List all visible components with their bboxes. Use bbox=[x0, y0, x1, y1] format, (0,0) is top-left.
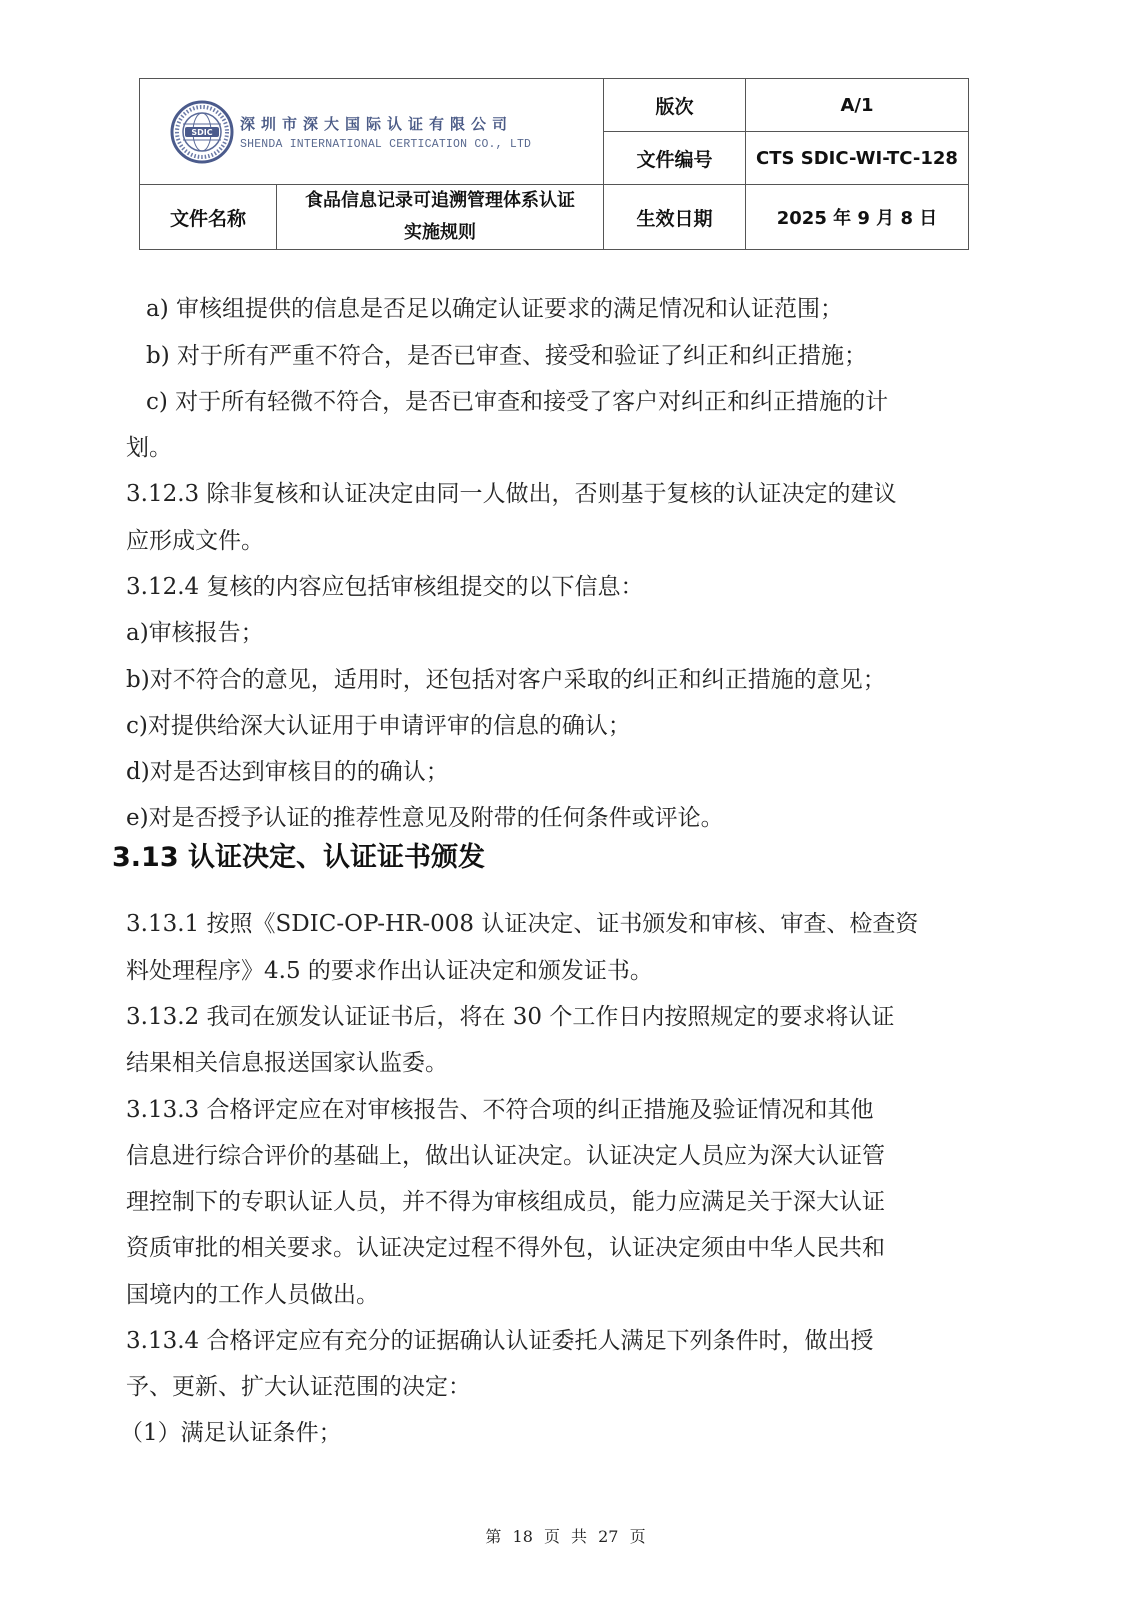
paragraph-line: 3.13.4 合格评定应有充分的证据确认认证委托人满足下列条件时，做出授 bbox=[126, 1322, 873, 1355]
paragraph-line: 3.12.4 复核的内容应包括审核组提交的以下信息： bbox=[126, 568, 643, 601]
version-label: 版次 bbox=[604, 79, 745, 131]
doc-name-label: 文件名称 bbox=[140, 185, 276, 249]
paragraph-line: 理控制下的专职认证人员，并不得为审核组成员，能力应满足关于深大认证 bbox=[126, 1183, 885, 1216]
company-name-cn: 深圳市深大国际认证有限公司 bbox=[240, 113, 531, 134]
paragraph-line: a)审核报告； bbox=[126, 614, 264, 647]
company-name-en: SHENDA INTERNATIONAL CERTICATION CO., LT… bbox=[240, 138, 531, 151]
paragraph-line: 国境内的工作人员做出。 bbox=[126, 1276, 379, 1309]
effective-date-label: 生效日期 bbox=[604, 185, 745, 249]
paragraph-line: 料处理程序》4.5 的要求作出认证决定和颁发证书。 bbox=[126, 952, 653, 985]
paragraph-line: （1）满足认证条件； bbox=[120, 1414, 342, 1447]
paragraph-line: c) 对于所有轻微不符合，是否已审查和接受了客户对纠正和纠正措施的计 bbox=[146, 383, 888, 416]
paragraph-line: 3.13.3 合格评定应在对审核报告、不符合项的纠正措施及验证情况和其他 bbox=[126, 1091, 873, 1124]
doc-name-line-1: 食品信息记录可追溯管理体系认证 bbox=[305, 185, 575, 217]
doc-number-value: CTS SDIC-WI-TC-128 bbox=[746, 132, 968, 184]
paragraph-line: d)对是否达到审核目的的确认； bbox=[126, 753, 449, 786]
doc-name-line-2: 实施规则 bbox=[404, 217, 476, 249]
paragraph-line: 资质审批的相关要求。认证决定过程不得外包，认证决定须由中华人民共和 bbox=[126, 1229, 885, 1262]
paragraph-line: b)对不符合的意见，适用时，还包括对客户采取的纠正和纠正措施的意见； bbox=[126, 661, 886, 694]
svg-text:SDIC: SDIC bbox=[191, 128, 212, 137]
paragraph-line: 3.12.3 除非复核和认证决定由同一人做出，否则基于复核的认证决定的建议 bbox=[126, 475, 896, 508]
paragraph-line: a) 审核组提供的信息是否足以确定认证要求的满足情况和认证范围； bbox=[146, 290, 843, 323]
doc-number-label: 文件编号 bbox=[604, 132, 745, 184]
paragraph-line: 信息进行综合评价的基础上，做出认证决定。认证决定人员应为深大认证管 bbox=[126, 1137, 885, 1170]
paragraph-line: 3.13.2 我司在颁发认证证书后，将在 30 个工作日内按照规定的要求将认证 bbox=[126, 998, 894, 1031]
doc-name-value: 食品信息记录可追溯管理体系认证 实施规则 bbox=[277, 185, 603, 249]
paragraph-line: 予、更新、扩大认证范围的决定： bbox=[126, 1368, 471, 1401]
company-logo-icon: SDIC bbox=[170, 100, 234, 164]
paragraph-line: 划。 bbox=[126, 429, 172, 462]
effective-date-value: 2025 年 9 月 8 日 bbox=[746, 185, 968, 249]
version-value: A/1 bbox=[746, 79, 968, 131]
page-number-footer: 第 18 页 共 27 页 bbox=[0, 1524, 1131, 1547]
document-header-table: SDIC 深圳市深大国际认证有限公司 SHENDA INTERNATIONAL … bbox=[139, 78, 969, 250]
document-page: SDIC 深圳市深大国际认证有限公司 SHENDA INTERNATIONAL … bbox=[0, 0, 1131, 1600]
paragraph-line: 结果相关信息报送国家认监委。 bbox=[126, 1044, 448, 1077]
paragraph-line: c)对提供给深大认证用于申请评审的信息的确认； bbox=[126, 707, 631, 740]
paragraph-line: b) 对于所有严重不符合，是否已审查、接受和验证了纠正和纠正措施； bbox=[146, 337, 867, 370]
company-logo-cell: SDIC 深圳市深大国际认证有限公司 SHENDA INTERNATIONAL … bbox=[140, 79, 604, 184]
paragraph-line: 3.13.1 按照《SDIC-OP-HR-008 认证决定、证书颁发和审核、审查… bbox=[126, 905, 918, 938]
paragraph-line: e)对是否授予认证的推荐性意见及附带的任何条件或评论。 bbox=[126, 799, 724, 832]
section-heading: 3.13 认证决定、认证证书颁发 bbox=[112, 835, 485, 874]
paragraph-line: 应形成文件。 bbox=[126, 522, 264, 555]
